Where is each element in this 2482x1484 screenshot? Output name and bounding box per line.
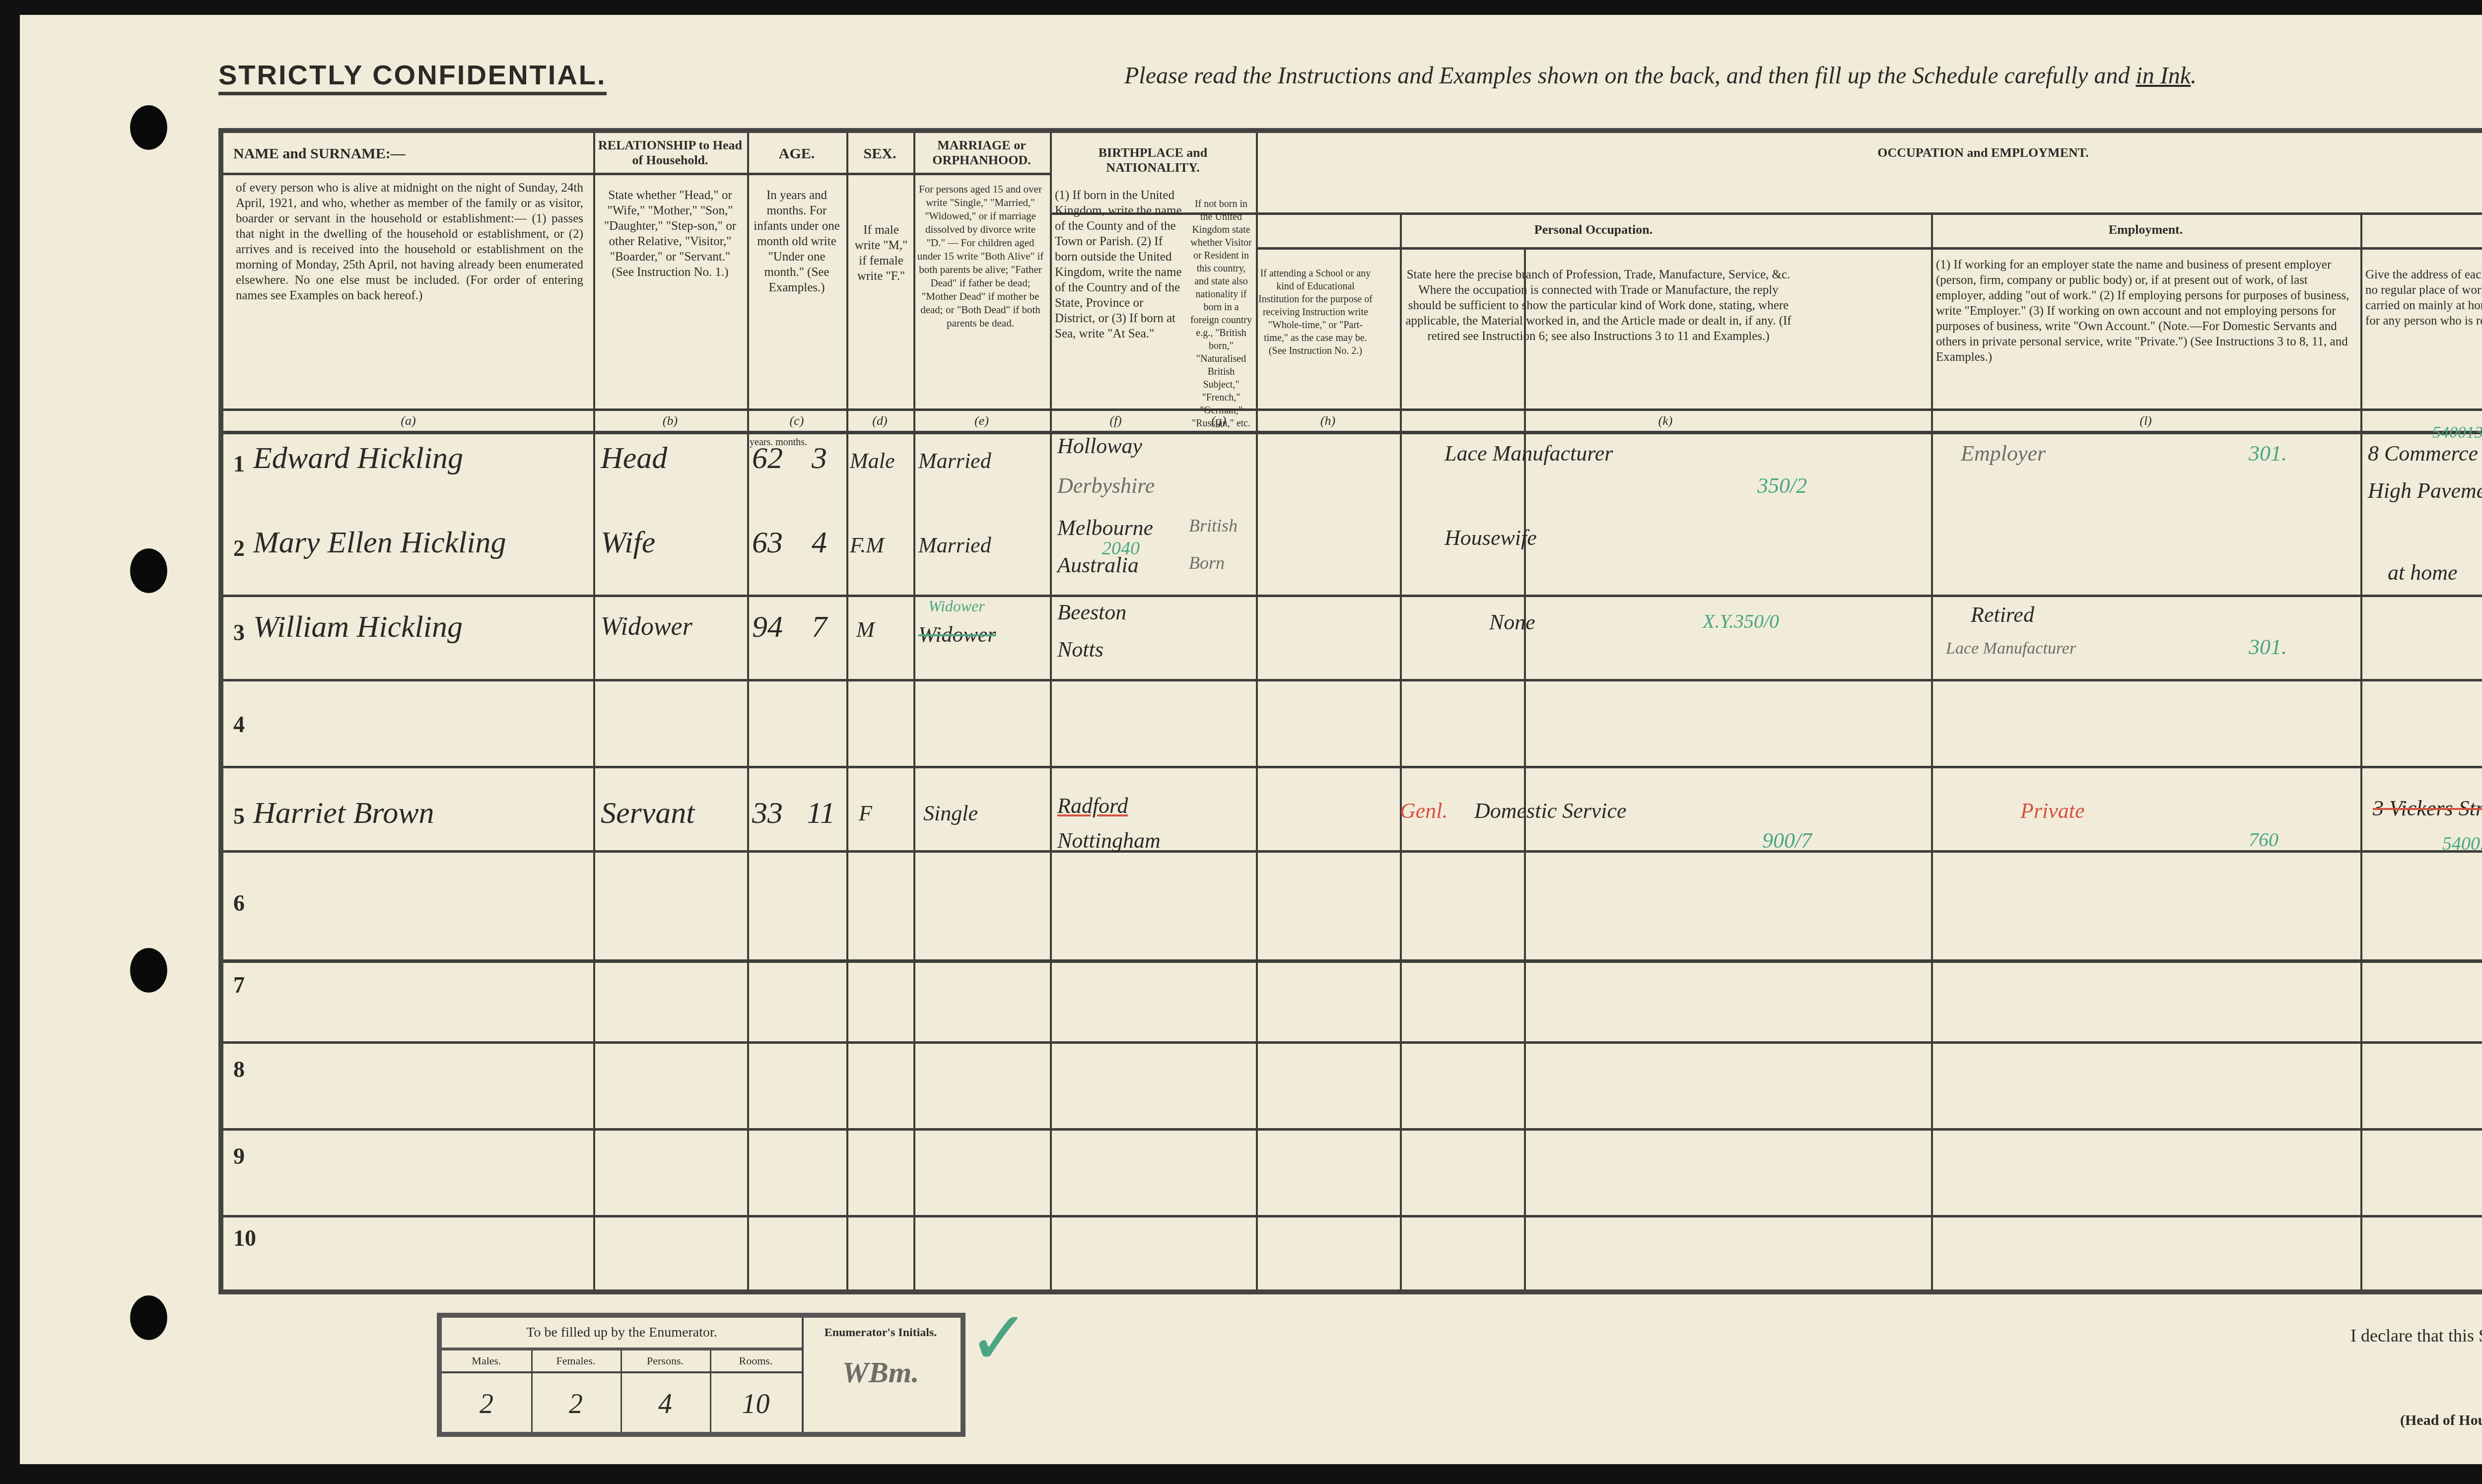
declaration-text: I declare that this Schedule is correctl… — [2350, 1325, 2482, 1346]
punch-hole — [130, 948, 167, 993]
enumerator-totals-box: To be filled up by the Enumerator. Enume… — [437, 1313, 965, 1437]
persons-count[interactable]: 4 — [620, 1388, 710, 1420]
punch-hole — [130, 105, 167, 150]
name-cell[interactable]: Harriet Brown — [253, 796, 434, 831]
household-schedule-table: NAME and SURNAME:— RELATIONSHIP to Head … — [218, 128, 2482, 1294]
enumerator-initials[interactable]: WBm. — [804, 1357, 958, 1387]
males-count[interactable]: 2 — [442, 1388, 531, 1420]
punch-hole — [130, 1295, 167, 1340]
punch-hole — [130, 548, 167, 593]
signature-caption: (Head of Household, Manager of Establish… — [2400, 1412, 2482, 1429]
green-check-mark-icon: ✓ — [968, 1295, 1031, 1382]
name-cell[interactable]: Edward Hickling — [253, 441, 463, 476]
strictly-confidential-title: STRICTLY CONFIDENTIAL. — [218, 59, 607, 95]
name-cell[interactable]: Mary Ellen Hickling — [253, 525, 506, 560]
name-cell[interactable]: William Hickling — [253, 609, 463, 645]
fill-instructions: Please read the Instructions and Example… — [1124, 62, 2197, 89]
females-count[interactable]: 2 — [531, 1388, 620, 1420]
rooms-count[interactable]: 10 — [710, 1388, 802, 1420]
